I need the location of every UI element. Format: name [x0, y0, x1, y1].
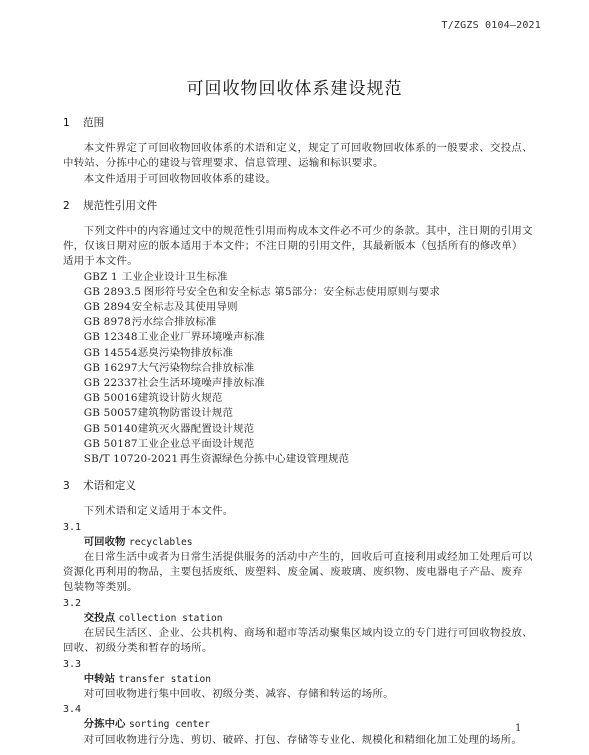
term-number: 3.1 [63, 520, 533, 535]
section-number: 2 [63, 199, 83, 214]
reference-title: 建筑灭火器配置设计规范 [138, 423, 255, 435]
reference-title: 再生资源绿色分拣中心建设管理规范 [180, 453, 349, 465]
reference-title: 污水综合排放标准 [132, 316, 217, 328]
reference-item: GB 50140建筑灭火器配置设计规范 [63, 422, 533, 437]
reference-title: 恶臭污染物排放标准 [138, 347, 233, 359]
term-number: 3.3 [63, 657, 533, 672]
reference-title: 建筑物防雷设计规范 [138, 407, 233, 419]
reference-code: GB 14554 [84, 346, 138, 361]
reference-code: GB 16297 [84, 361, 138, 376]
reference-item: GB 50187工业企业总平面设计规范 [63, 437, 533, 452]
reference-title: 大气污染物综合排放标准 [138, 362, 255, 374]
reference-list: GBZ 1工业企业设计卫生标准 GB 2893.5图形符号安全色和安全标志 第5… [63, 270, 533, 468]
reference-title: 工业企业厂界环境噪声标准 [138, 331, 265, 343]
reference-item: GB 8978污水综合排放标准 [63, 315, 533, 330]
term-zh: 中转站 [84, 673, 115, 685]
reference-item: GB 50016建筑设计防火规范 [63, 391, 533, 406]
section-scope: 1范围 本文件界定了可回收物回收体系的术语和定义，规定了可回收物回收体系的一般要… [63, 116, 533, 187]
standard-code: T/ZGZS 0104—2021 [441, 20, 541, 31]
section-terms-definitions: 3术语和定义 下列术语和定义适用于本文件。 3.1 可回收物 recyclabl… [63, 479, 533, 747]
section-title: 范围 [83, 117, 104, 129]
term-en: transfer station [119, 674, 211, 685]
reference-code: GB 2894 [84, 300, 132, 315]
section-number: 1 [63, 116, 83, 131]
reference-code: GB 50057 [84, 406, 138, 421]
document-title: 可回收物回收体系建设规范 [0, 74, 589, 99]
reference-title: 图形符号安全色和安全标志 第5部分：安全标志使用原则与要求 [144, 286, 440, 298]
reference-item: GB 14554恶臭污染物排放标准 [63, 346, 533, 361]
term-entry: 3.3 中转站 transfer station 对可回收物进行集中回收、初级分… [63, 657, 533, 703]
term-number: 3.2 [63, 596, 533, 611]
section-heading: 3术语和定义 [63, 479, 533, 494]
term-en: collection station [119, 613, 223, 624]
reference-code: GB 8978 [84, 315, 132, 330]
term-entry: 3.4 分拣中心 sorting center 对可回收物进行分选、剪切、破碎、… [63, 702, 533, 748]
section-heading: 1范围 [63, 116, 533, 131]
reference-title: 工业企业总平面设计规范 [138, 438, 255, 450]
term-definition: 在日常生活中或者为日常生活提供服务的活动中产生的，回收后可直接利用或经加工处理后… [63, 550, 533, 596]
term-zh: 可回收物 [84, 536, 126, 548]
term-name: 中转站 transfer station [63, 672, 533, 687]
page-number: 1 [515, 723, 521, 734]
reference-code: SB/T 10720-2021 [84, 452, 180, 467]
reference-item: GB 50057建筑物防雷设计规范 [63, 406, 533, 421]
term-name: 分拣中心 sorting center [63, 717, 533, 732]
section-heading: 2规范性引用文件 [63, 199, 533, 214]
reference-code: GBZ 1 [84, 270, 122, 285]
section-number: 3 [63, 479, 83, 494]
document-body: 1范围 本文件界定了可回收物回收体系的术语和定义，规定了可回收物回收体系的一般要… [63, 116, 533, 748]
reference-code: GB 2893.5 [84, 285, 144, 300]
reference-item: GB 22337社会生活环境噪声排放标准 [63, 376, 533, 391]
reference-item: GB 2894安全标志及其使用导则 [63, 300, 533, 315]
term-definition: 对可回收物进行集中回收、初级分类、减容、存储和转运的场所。 [63, 687, 533, 702]
reference-code: GB 12348 [84, 330, 138, 345]
paragraph: 本文件适用于可回收物回收体系的建设。 [63, 172, 533, 187]
reference-code: GB 50016 [84, 391, 138, 406]
section-normative-references: 2规范性引用文件 下列文件中的内容通过文中的规范性引用而构成本文件必不可少的条款… [63, 199, 533, 467]
section-title: 术语和定义 [83, 480, 136, 492]
paragraph: 下列文件中的内容通过文中的规范性引用而构成本文件必不可少的条款。其中，注日期的引… [63, 224, 533, 270]
term-number: 3.4 [63, 702, 533, 717]
reference-code: GB 50187 [84, 437, 138, 452]
reference-item: GB 12348工业企业厂界环境噪声标准 [63, 330, 533, 345]
term-zh: 分拣中心 [84, 718, 126, 730]
term-en: recyclables [129, 537, 193, 548]
term-name: 交投点 collection station [63, 611, 533, 626]
reference-item: SB/T 10720-2021再生资源绿色分拣中心建设管理规范 [63, 452, 533, 467]
term-name: 可回收物 recyclables [63, 535, 533, 550]
term-definition: 在居民生活区、企业、公共机构、商场和超市等活动聚集区域内设立的专门进行可回收物投… [63, 626, 533, 656]
reference-title: 社会生活环境噪声排放标准 [138, 377, 265, 389]
term-entry: 3.1 可回收物 recyclables 在日常生活中或者为日常生活提供服务的活… [63, 520, 533, 596]
reference-title: 工业企业设计卫生标准 [122, 271, 228, 283]
reference-item: GBZ 1工业企业设计卫生标准 [63, 270, 533, 285]
reference-code: GB 50140 [84, 422, 138, 437]
term-en: sorting center [129, 719, 210, 730]
paragraph: 本文件界定了可回收物回收体系的术语和定义，规定了可回收物回收体系的一般要求、交投… [63, 141, 533, 171]
term-zh: 交投点 [84, 612, 115, 624]
reference-item: GB 16297大气污染物综合排放标准 [63, 361, 533, 376]
reference-title: 建筑设计防火规范 [138, 392, 223, 404]
term-entry: 3.2 交投点 collection station 在居民生活区、企业、公共机… [63, 596, 533, 657]
reference-title: 安全标志及其使用导则 [132, 301, 238, 313]
section-title: 规范性引用文件 [83, 200, 157, 212]
reference-code: GB 22337 [84, 376, 138, 391]
term-definition: 对可回收物进行分选、剪切、破碎、打包、存储等专业化、规模化和精细化加工处理的场所… [63, 733, 533, 748]
reference-item: GB 2893.5图形符号安全色和安全标志 第5部分：安全标志使用原则与要求 [63, 285, 533, 300]
paragraph: 下列术语和定义适用于本文件。 [63, 504, 533, 519]
